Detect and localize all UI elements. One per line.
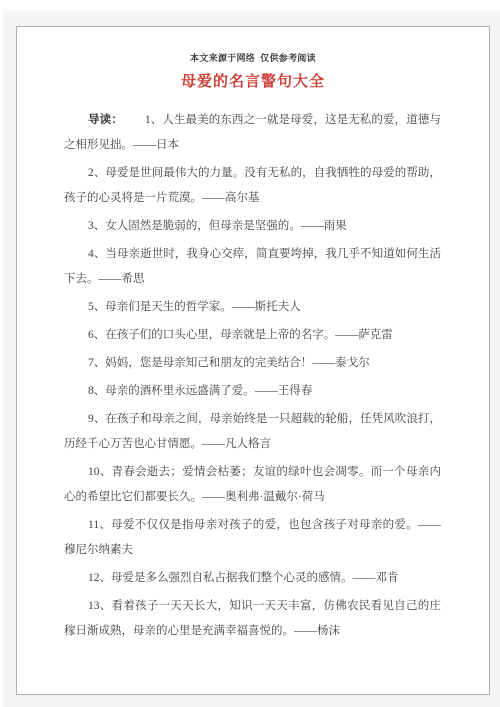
quote-paragraph-5: 5、母亲们是天生的哲学家。——斯托夫人 <box>64 295 441 320</box>
quote-paragraph-13: 13、看着孩子一天天长大，知识一天天丰富，仿佛农民看见自己的庄稼日渐成熟，母亲的… <box>64 594 441 644</box>
quote-paragraph-9: 9、在孩子和母亲之间，母亲始终是一只超载的轮船，任凭风吹浪打，历经千心万苦也心甘… <box>64 407 441 457</box>
quote-paragraph-12: 12、母爱是多么强烈自私占据我们整个心灵的感情。——邓肯 <box>64 566 441 591</box>
document-body: 导读：1、人生最美的东西之一就是母爱，这是无私的爱，道德与之相形见拙。——日本 … <box>64 108 441 644</box>
quote-paragraph-6: 6、在孩子们的口头心里，母亲就是上帝的名字。——萨克雷 <box>64 323 441 348</box>
quote-paragraph-4: 4、当母亲逝世时，我身心交瘁，简直要垮掉，我几乎不知道如何生活下去。——希思 <box>64 242 441 292</box>
quote-paragraph-3: 3、女人固然是脆弱的，但母亲是坚强的。——雨果 <box>64 214 441 239</box>
document-title: 母爱的名言警句大全 <box>17 71 489 93</box>
quote-paragraph-11: 11、母爱不仅仅是指母亲对孩子的爱，也包含孩子对母亲的爱。——穆尼尔纳素夫 <box>64 513 441 563</box>
quote-paragraph-10: 10、青春会逝去；爱情会枯萎；友谊的绿叶也会凋零。而一个母亲内心的希望比它们都要… <box>64 460 441 510</box>
lead-paragraph: 导读：1、人生最美的东西之一就是母爱，这是无私的爱，道德与之相形见拙。——日本 <box>64 108 441 158</box>
lead-label: 导读： <box>88 114 123 126</box>
quote-paragraph-8: 8、母亲的酒杯里永远盛满了爱。——王得春 <box>64 379 441 404</box>
quote-paragraph-7: 7、妈妈，您是母亲知己和朋友的完美结合！——泰戈尔 <box>64 351 441 376</box>
quote-paragraph-2: 2、母爱是世间最伟大的力量。没有无私的，自我牺牲的母爱的帮助，孩子的心灵将是一片… <box>64 161 441 211</box>
document-page: 本文来源于网络 仅供参考阅读 母爱的名言警句大全 导读：1、人生最美的东西之一就… <box>16 26 490 695</box>
source-note: 本文来源于网络 仅供参考阅读 <box>17 51 489 65</box>
